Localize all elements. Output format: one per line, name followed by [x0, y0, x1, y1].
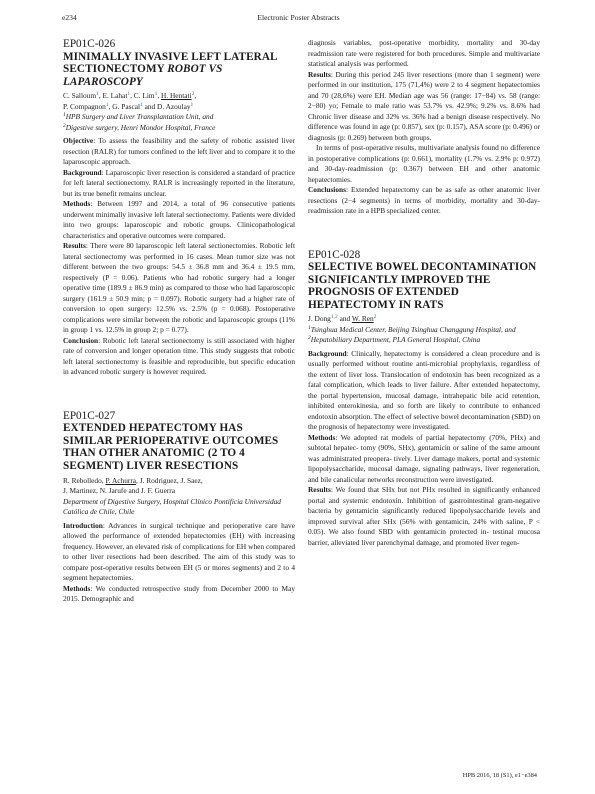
- author-list: R. Rebolledo, P. Achurra, J. Rodriguez, …: [63, 476, 295, 497]
- author[interactable]: D. Azoulay1: [157, 102, 193, 111]
- author-presenter[interactable]: W. Ren2: [352, 314, 377, 323]
- author[interactable]: J. F. Guerra: [141, 486, 175, 495]
- spacer: [308, 217, 540, 249]
- section-title: Electronic Poster Abstracts: [62, 13, 535, 22]
- author[interactable]: C. Lim1: [134, 91, 158, 100]
- author-list: C. Salloum1, E. Lahat1, C. Lim1, H. Hent…: [63, 91, 295, 112]
- author[interactable]: R. Rebolledo: [63, 476, 102, 485]
- author[interactable]: J. Dong1,2: [308, 314, 338, 323]
- abstract-id: EP01C-027: [63, 410, 295, 423]
- abstract-ep01c-027: EP01C-027 EXTENDED HEPATECTOMY HAS SIMIL…: [63, 410, 295, 605]
- author-list: J. Dong1,2 and W. Ren2: [308, 314, 540, 325]
- author[interactable]: G. Pascal1: [112, 102, 143, 111]
- affiliations: 1Tsinghua Medical Center, Beijing Tsingh…: [308, 325, 540, 346]
- author[interactable]: J. Rodriguez: [140, 476, 177, 485]
- left-column: EP01C-026 MINIMALLY INVASIVE LEFT LATERA…: [63, 38, 295, 605]
- right-column: diagnosis variables, post-operative morb…: [308, 38, 540, 548]
- section-results: Results: We found that SHx but not PHx r…: [308, 485, 540, 548]
- abstract-ep01c-026: EP01C-026 MINIMALLY INVASIVE LEFT LATERA…: [63, 38, 295, 378]
- section-introduction: Introduction: Advances in surgical techn…: [63, 521, 295, 584]
- section-methods: Methods: We conducted retrospective stud…: [63, 584, 295, 605]
- page-footer-citation: HPB 2016, 18 (S1), e1−e384: [463, 772, 537, 779]
- abstract-id: EP01C-028: [308, 249, 540, 262]
- abstract-id: EP01C-026: [63, 38, 295, 51]
- author[interactable]: J. Martinez: [63, 486, 96, 495]
- author-presenter[interactable]: H. Hentati2: [161, 91, 194, 100]
- author[interactable]: C. Salloum1: [63, 91, 99, 100]
- section-methods-continued: diagnosis variables, post-operative morb…: [308, 38, 540, 70]
- section-results: Results: There were 80 laparoscopic left…: [63, 241, 295, 336]
- author[interactable]: J. Saez: [181, 476, 201, 485]
- abstract-ep01c-028: EP01C-028 SELECTIVE BOWEL DECONTAMINATIO…: [308, 249, 540, 549]
- section-conclusion: Conclusion: Robotic left lateral section…: [63, 336, 295, 378]
- section-background: Background: Clinically, hepatectomy is c…: [308, 349, 540, 433]
- author[interactable]: N. Jarufe: [100, 486, 127, 495]
- author-presenter[interactable]: P. Achurra: [105, 476, 136, 485]
- section-results: Results: During this period 245 liver re…: [308, 70, 540, 144]
- spacer: [63, 378, 295, 410]
- abstract-title: SELECTIVE BOWEL DECONTAMINATION SIGNIFIC…: [308, 261, 540, 311]
- section-conclusions: Conclusions: Extended hepatectomy can be…: [308, 185, 540, 217]
- section-objective: Objective: To assess the feasibility and…: [63, 136, 295, 168]
- abstract-title: EXTENDED HEPATECTOMY HAS SIMILAR PERIOPE…: [63, 422, 295, 472]
- section-background: Background: Laparoscopic liver resection…: [63, 168, 295, 200]
- abstract-title: MINIMALLY INVASIVE LEFT LATERAL SECTIONE…: [63, 51, 295, 89]
- section-methods: Methods: We adopted rat models of partia…: [308, 433, 540, 486]
- author[interactable]: E. Lahat1: [102, 91, 130, 100]
- page-header: e234 Electronic Poster Abstracts: [62, 13, 535, 25]
- section-methods: Methods: Between 1997 and 2014, a total …: [63, 199, 295, 241]
- affiliation: Department of Digestive Surgery, Hospita…: [63, 497, 295, 518]
- author[interactable]: P. Compagnon1: [63, 102, 109, 111]
- section-results-continued: In terms of post-operative results, mult…: [308, 143, 540, 185]
- affiliations: 1HPB Surgery and Liver Transplantation U…: [63, 112, 295, 133]
